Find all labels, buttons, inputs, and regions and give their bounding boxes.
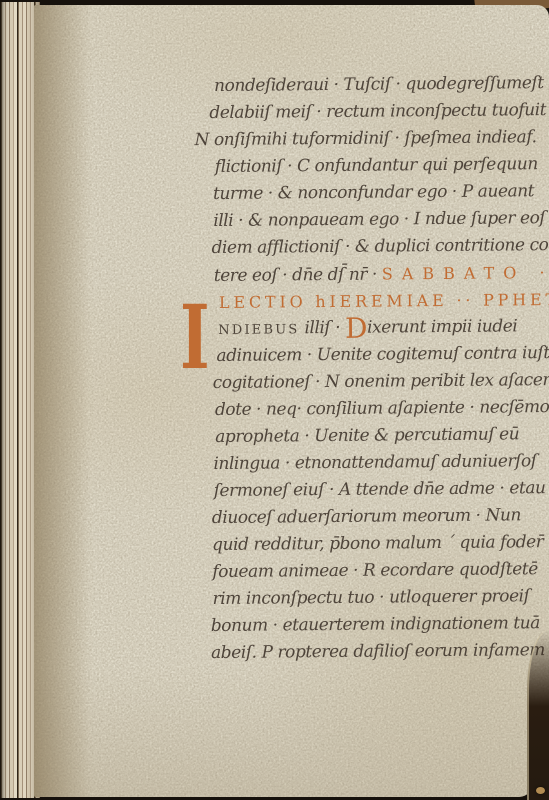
manuscript-line: dote · neq· conſilium aſapiente · necſēm… [215,394,549,424]
manuscript-line: inlingua · etnonattendamuſ aduniuerſoſ [213,448,549,478]
ink-text: apropheta · Uenite & percutiamuſ eū [215,424,519,447]
ink-text: tere eoſ · dn̄e dſ̄ nr̄ · [214,265,382,286]
ink-text: ſermoneſ eiuſ · A ttende dn̄e adme · eta… [214,478,546,501]
manuscript-line: bonum · etauerterem indignationem tuā [211,610,549,640]
gutter-fold-shadow [34,5,89,797]
ink-text: N onſiſmihi tuformidiniſ · ſpeſmea indie… [194,127,536,150]
manuscript-line: nondeſideraui · Tuſciſ · quodegreſſumeſt… [214,70,549,100]
ink-text: quid redditur, p̄bono malum ´ quia foder… [212,532,543,555]
manuscript-line: flictioniſ · C onfundantur qui perſequun [215,151,549,181]
rubric-sabbato: SABBATO · [382,263,549,283]
ink-text: delabiiſ meiſ · rectum inconſpectu tuofu… [209,100,549,123]
manuscript-line: ſermoneſ eiuſ · A ttende dn̄e adme · eta… [214,475,549,505]
text-block: nondeſideraui · Tuſciſ · quodegreſſumeſt… [212,70,549,667]
manuscript-line: turme · & nonconfundar ego · P aueant [213,178,549,208]
manuscript-line: tere eoſ · dn̄e dſ̄ nr̄ · SABBATO · [214,259,549,289]
ink-text: dote · neq· conſilium aſapiente · necſēm… [215,397,549,420]
manuscript-line: apropheta · Uenite & percutiamuſ eū [215,421,549,451]
ink-text: adinuicem · Uenite cogitemuſ contra iuſt… [216,343,549,366]
ink-text: cogitationeſ · N onenim peribit lex aſac… [213,370,549,393]
book-clasp-icon [536,787,545,794]
ink-text: flictioniſ · C onfundantur qui perſequun [215,154,538,177]
ink-text: diem afflictioniſ · & duplici contrition… [211,235,549,258]
manuscript-line: foueam animeae · R ecordare quodſtetē [212,556,549,586]
ink-text: rim inconſpectu tuo · utloquerer proeiſ [213,586,530,609]
manuscript-line: adinuicem · Uenite cogitemuſ contra iuſt… [216,340,549,370]
drop-cap-initial-i: I [180,293,210,381]
manuscript-line: LECTIO hIEREMIAE ·· PPHETAE [219,286,549,316]
ink-text: ixerunt impii iudei [367,316,517,337]
manuscript-line: quid redditur, p̄bono malum ´ quia foder… [212,529,549,559]
manuscript-line: illi · & nonpaueam ego · I ndue ſuper eo… [213,205,549,235]
manuscript-line: abeiſ. P ropterea dafilioſ eorum infamem… [211,637,549,667]
manuscript-line: diem afflictioniſ · & duplici contrition… [211,232,549,262]
ink-text: diuoceſ aduerſariorum meorum · Nun [212,505,521,528]
ink-text: illiſ · [299,318,345,338]
ink-text: abeiſ. P ropterea dafilioſ eorum infamem… [211,640,549,663]
manuscript-line: cogitationeſ · N onenim peribit lex aſac… [213,367,549,397]
ink-text: bonum · etauerterem indignationem tuā [211,613,540,636]
capitals-text: NDIEBUS [218,322,299,338]
manuscript-line: diuoceſ aduerſariorum meorum · Nun [212,502,549,532]
parchment-page: I nondeſideraui · Tuſciſ · quodegreſſume… [34,5,549,797]
manuscript-line: NDIEBUS illiſ · Dixerunt impii iudei [218,313,549,343]
manuscript-line: delabiiſ meiſ · rectum inconſpectu tuofu… [209,97,549,127]
ink-text: illi · & nonpaueam ego · I ndue ſuper eo… [213,208,545,231]
manuscript-line: N onſiſmihi tuformidiniſ · ſpeſmea indie… [194,124,549,154]
manuscript-line: rim inconſpectu tuo · utloquerer proeiſ [212,583,549,613]
ink-text: turme · & nonconfundar ego · P aueant [213,181,534,204]
open-book-photograph: I nondeſideraui · Tuſciſ · quodegreſſume… [0,0,549,800]
ink-text: inlingua · etnonattendamuſ aduniuerſoſ [213,451,536,474]
rubric-text: LECTIO hIEREMIAE ·· PPHETAE [219,290,549,312]
page-corner-curl [527,630,549,800]
ink-text: nondeſideraui · Tuſciſ · quodegreſſumeſt [214,73,544,96]
ink-text: foueam animeae · R ecordare quodſtetē [212,559,538,582]
drop-cap-d: D [345,312,367,345]
